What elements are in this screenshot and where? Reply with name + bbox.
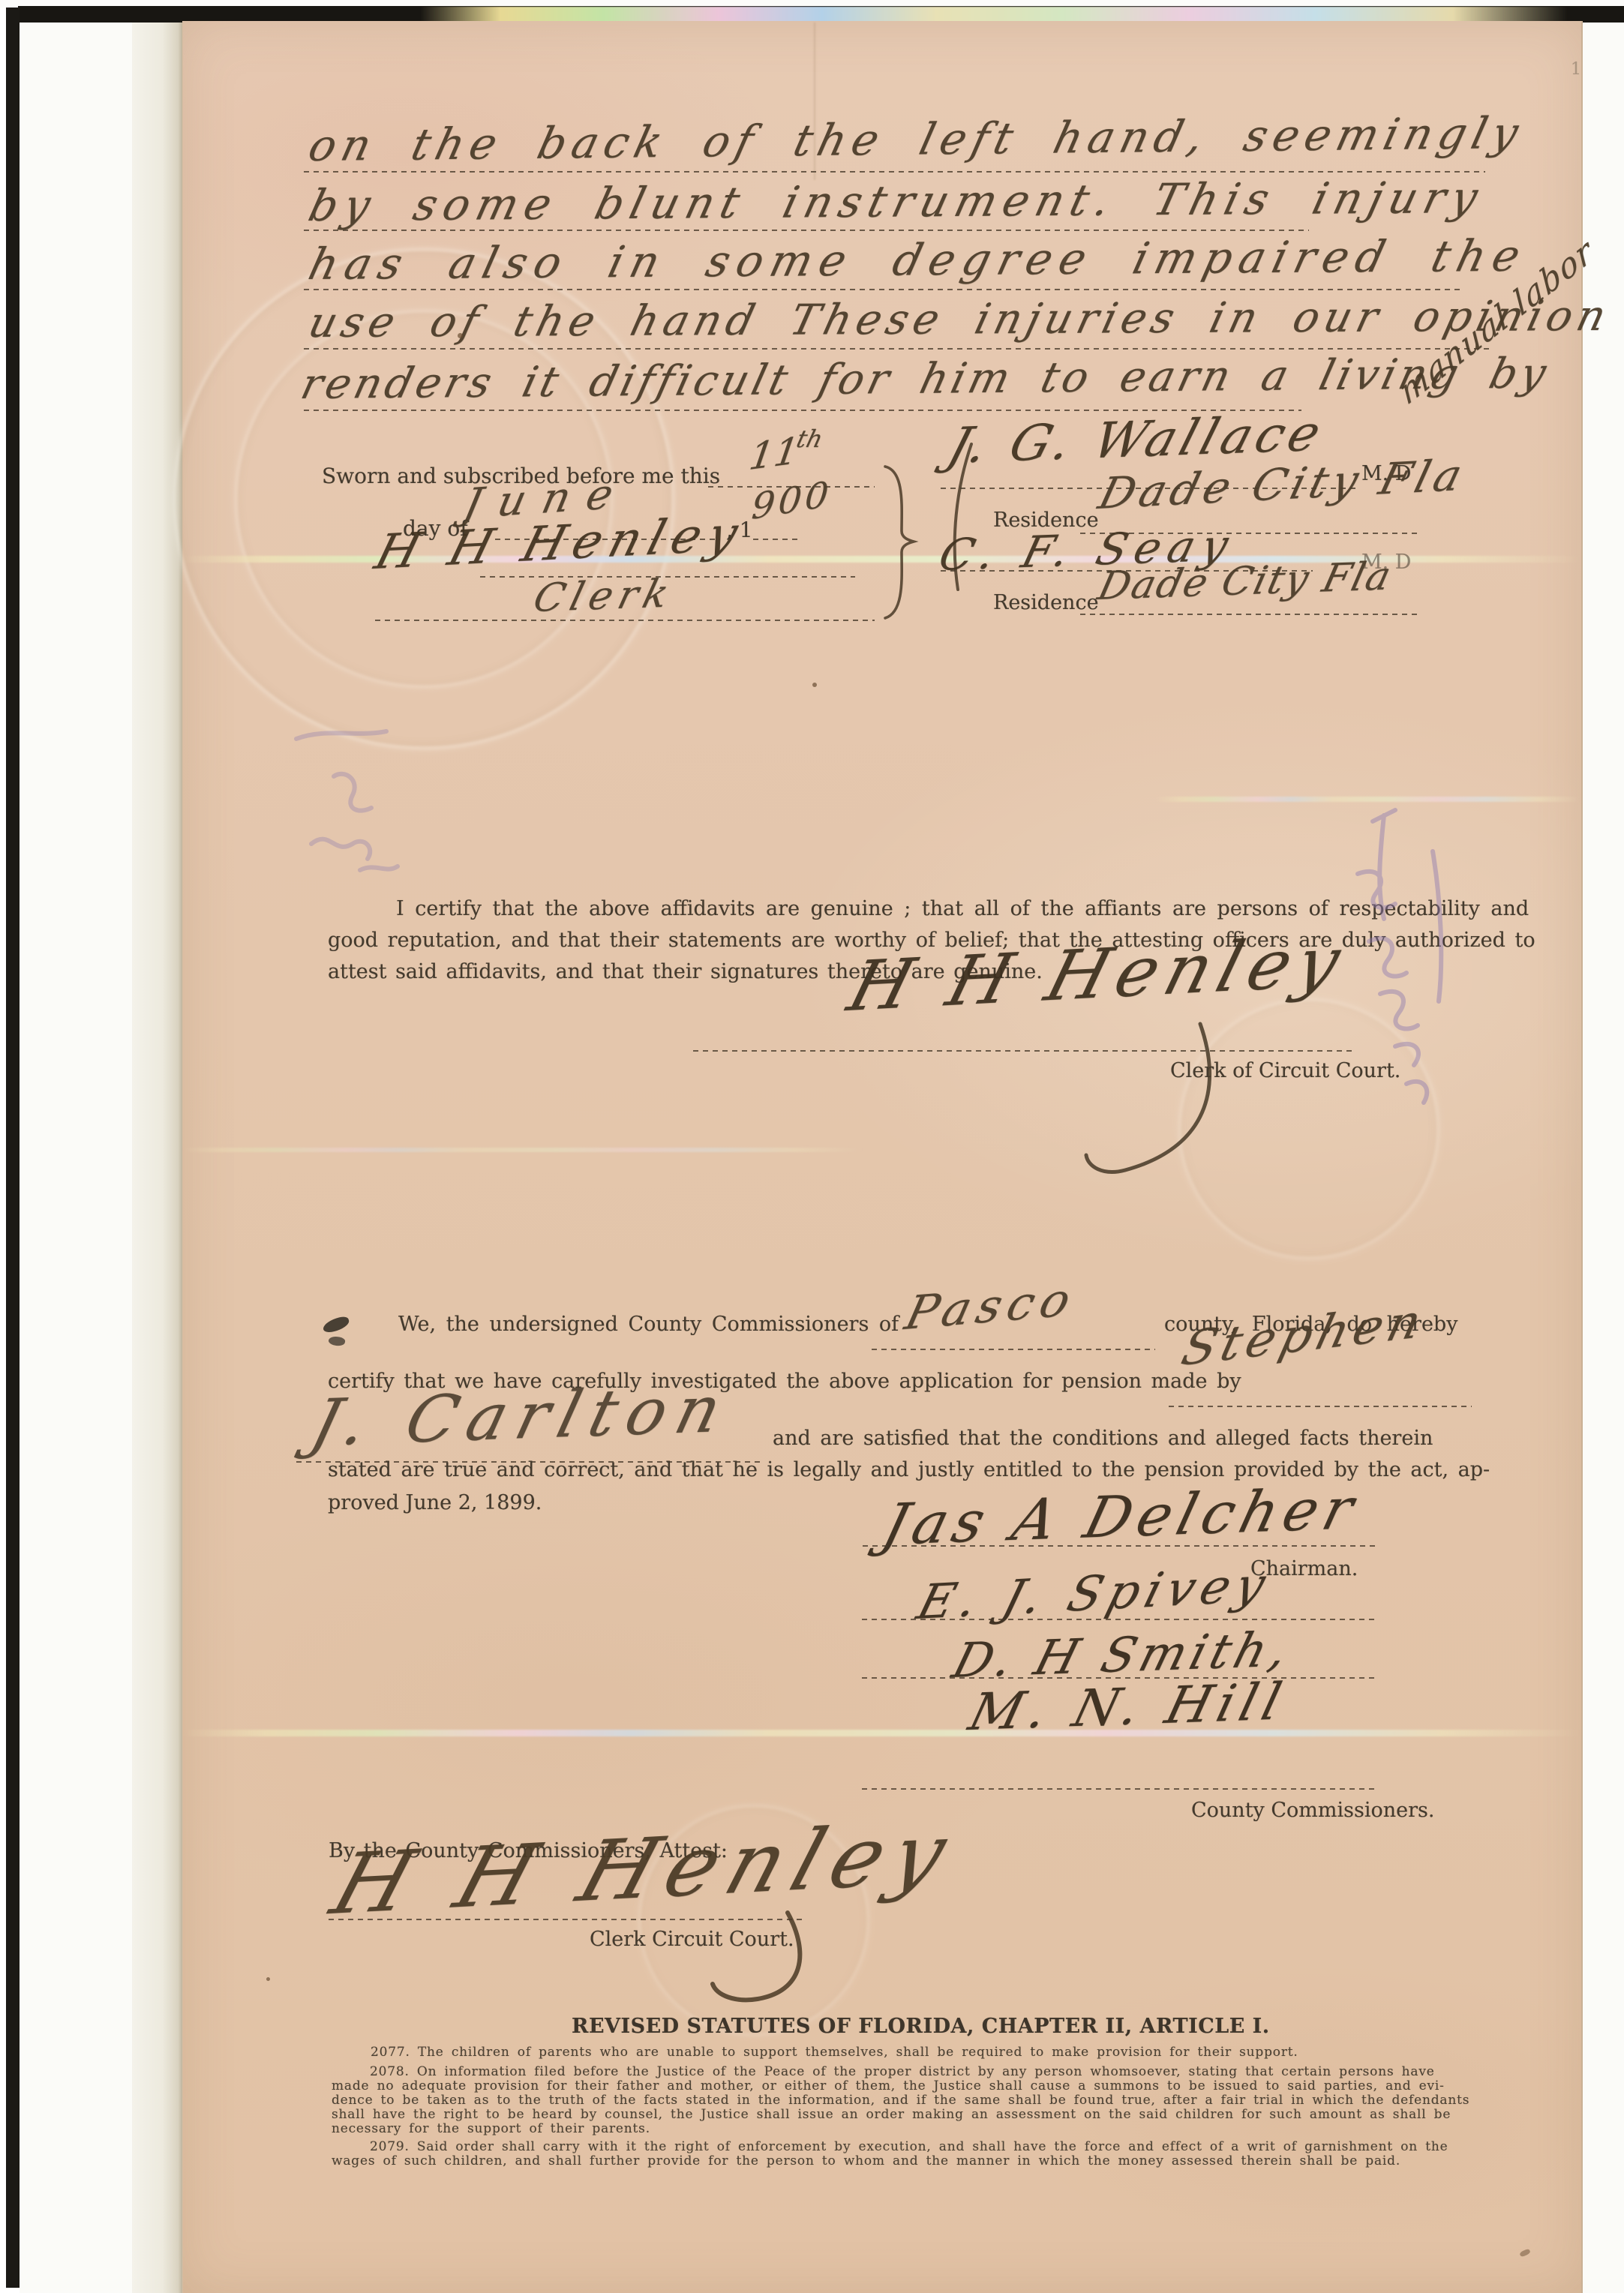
handwriting-line-2: by some blunt instrument. This injury <box>304 172 1490 231</box>
empty-signature-line <box>862 1788 1374 1790</box>
handwriting-line-4: use of the hand These injuries in our op… <box>304 292 1616 347</box>
statutes-heading: REVISED STATUTES OF FLORIDA, CHAPTER II,… <box>572 2015 1270 2038</box>
commissioners-intro-prefix: We, the undersigned County Commissioners… <box>398 1313 899 1336</box>
statute-2078-line-3: dence to be taken as to the truth of the… <box>332 2093 1469 2108</box>
commissioners-line-3: and are satisfied that the conditions an… <box>773 1427 1433 1450</box>
statute-2079-line-2: wages of such children, and shall furthe… <box>332 2153 1400 2168</box>
pencil-scribbles-right <box>1343 806 1500 1129</box>
scanner-bezel-left <box>6 8 20 2288</box>
fold-crease-glare-left <box>182 1148 863 1152</box>
county-line <box>872 1349 1155 1350</box>
handwritten-day-11: 11 <box>746 429 802 479</box>
clerk-word-line <box>375 620 875 621</box>
curly-brace <box>879 464 923 621</box>
scanner-background-left <box>20 23 132 2293</box>
writing-line-1 <box>304 171 1485 173</box>
pencil-scribbles-left <box>289 724 424 885</box>
applicant-first-line <box>1169 1406 1472 1407</box>
writing-line-4 <box>304 348 1489 350</box>
fold-crease-glare-right <box>1155 797 1580 802</box>
signature-flourish-descender <box>1080 1020 1230 1185</box>
commissioners-group-label: County Commissioners. <box>1191 1799 1434 1822</box>
statute-2078-line-4: shall have the right to be heard by coun… <box>332 2107 1451 2122</box>
ink-speck-1 <box>458 333 463 338</box>
scan-glare-top <box>420 7 1568 22</box>
commissioner-signature-3: M. N. Hill <box>963 1673 1293 1742</box>
attest-title: Clerk Circuit Court. <box>590 1928 794 1951</box>
statute-2078-line-2: made no adequate provision for their fat… <box>332 2078 1445 2093</box>
writing-line-2 <box>304 230 1309 231</box>
corner-pencil-mark: 1 <box>1571 60 1581 79</box>
scanner-background-right <box>1580 23 1624 2293</box>
writing-line-3 <box>304 289 1463 290</box>
ink-speck-3 <box>266 1977 270 1981</box>
attest-signature-line <box>329 1919 806 1920</box>
ink-speck-2 <box>812 683 817 687</box>
commissioners-line-5: proved June 2, 1899. <box>328 1491 542 1514</box>
certification-signature-line <box>693 1050 1355 1052</box>
handwriting-line-3: has also in some degree impaired the <box>304 230 1532 290</box>
residence2-line <box>1080 614 1418 615</box>
clerk-word: Clerk <box>529 572 679 621</box>
chairman-signature-line <box>863 1545 1376 1547</box>
attest-signature-descender <box>690 1909 818 2014</box>
statute-2078-line-1: 2078. On information filed before the Ju… <box>370 2064 1435 2079</box>
statute-2077: 2077. The children of parents who are un… <box>371 2045 1298 2060</box>
statute-2079-line-1: 2079. Said order shall carry with it the… <box>370 2139 1448 2154</box>
underlying-sheet-edge <box>132 23 182 2293</box>
statute-2078-line-5: necessary for the support of their paren… <box>332 2121 650 2136</box>
residence2-label: Residence <box>993 591 1099 614</box>
handwritten-applicant-name: J. Carlton <box>304 1372 739 1461</box>
year-line <box>753 539 801 540</box>
commissioner-line-1 <box>862 1619 1374 1620</box>
fold-crease-glare-2 <box>182 1730 1580 1736</box>
